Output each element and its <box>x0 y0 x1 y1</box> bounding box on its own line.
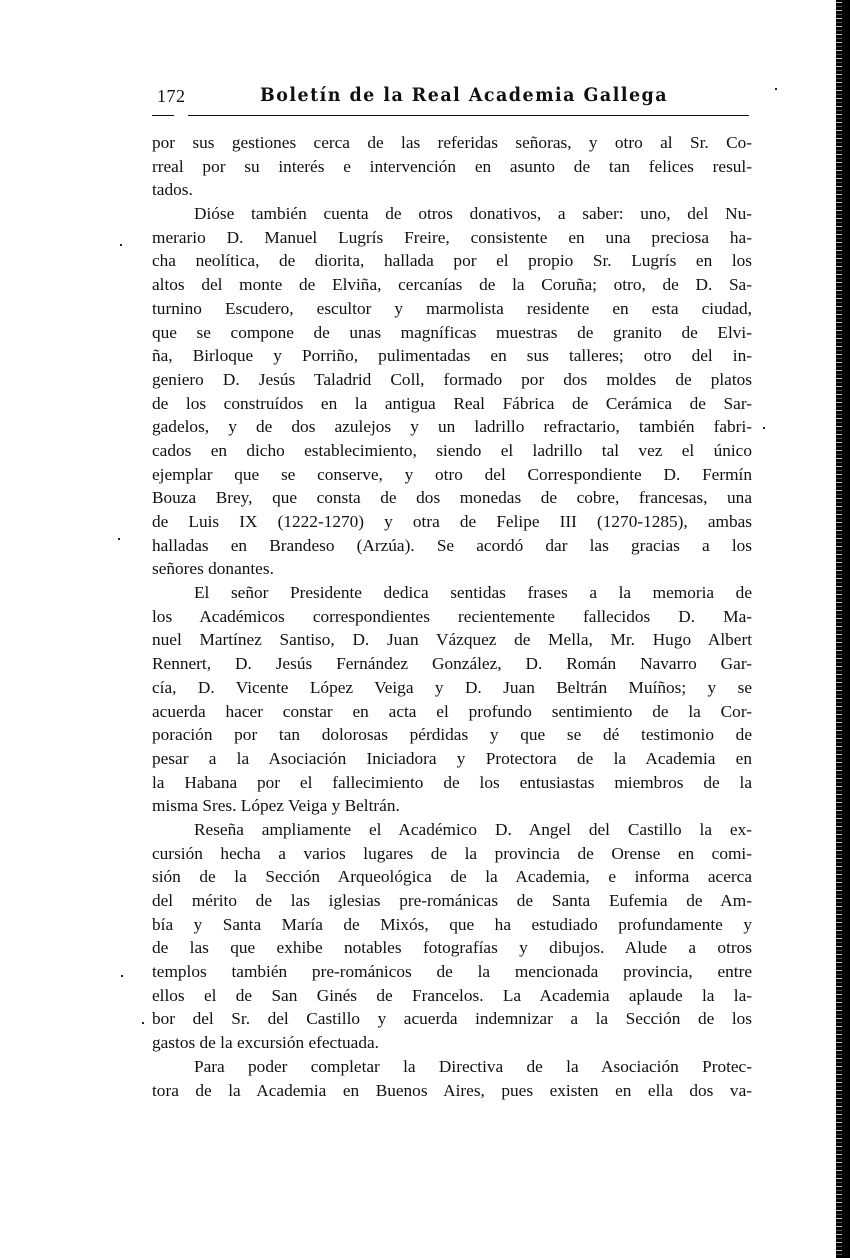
text-line: bor del Sr. del Castillo y acuerda indem… <box>152 1007 752 1031</box>
text-line: turnino Escudero, escultor y marmolista … <box>152 297 752 321</box>
page-header: 172 Boletín de la Real Academia Gallega <box>152 82 748 116</box>
page-number: 172 <box>157 86 186 107</box>
text-line: por sus gestiones cerca de las referidas… <box>152 131 752 155</box>
running-title: Boletín de la Real Academia Gallega <box>260 84 668 106</box>
text-line: Reseña ampliamente el Académico D. Angel… <box>152 818 752 842</box>
text-line: bía y Santa María de Mixós, que ha estud… <box>152 913 752 937</box>
text-line: del mérito de las iglesias pre-románicas… <box>152 889 752 913</box>
scan-edge-shadow <box>842 0 850 1258</box>
text-line: ejemplar que se conserve, y otro del Cor… <box>152 463 752 487</box>
text-line: gadelos, y de dos azulejos y un ladrillo… <box>152 415 752 439</box>
text-line: Para poder completar la Directiva de la … <box>152 1055 752 1079</box>
paragraph: Reseña ampliamente el Académico D. Angel… <box>152 818 752 1055</box>
scan-speck <box>121 975 123 977</box>
text-line: los Académicos correspondientes reciente… <box>152 605 752 629</box>
text-line: Bouza Brey, que consta de dos monedas de… <box>152 486 752 510</box>
text-line: merario D. Manuel Lugrís Freire, consist… <box>152 226 752 250</box>
text-line: geniero D. Jesús Taladrid Coll, formado … <box>152 368 752 392</box>
text-line: tora de la Academia en Buenos Aires, pue… <box>152 1079 752 1103</box>
scan-speck <box>775 88 777 90</box>
text-line: de las que exhibe notables fotografías y… <box>152 936 752 960</box>
scan-speck <box>142 1022 144 1024</box>
text-line: tados. <box>152 178 752 202</box>
text-line: nuel Martínez Santiso, D. Juan Vázquez d… <box>152 628 752 652</box>
scan-speck <box>763 427 765 429</box>
document-page: 172 Boletín de la Real Academia Gallega … <box>0 0 850 1258</box>
text-line: acuerda hacer constar en acta el profund… <box>152 700 752 724</box>
paragraph: Para poder completar la Directiva de la … <box>152 1055 752 1102</box>
text-line: de los construídos en la antigua Real Fá… <box>152 392 752 416</box>
body-text: por sus gestiones cerca de las referidas… <box>152 131 752 1102</box>
text-line: pesar a la Asociación Iniciadora y Prote… <box>152 747 752 771</box>
text-line: halladas en Brandeso (Arzúa). Se acordó … <box>152 534 752 558</box>
text-line: altos del monte de Elviña, cercanías de … <box>152 273 752 297</box>
text-line: Rennert, D. Jesús Fernández González, D.… <box>152 652 752 676</box>
text-line: templos también pre-románicos de la menc… <box>152 960 752 984</box>
scan-speck <box>118 538 120 540</box>
header-rule <box>152 115 749 116</box>
text-line: El señor Presidente dedica sentidas fras… <box>152 581 752 605</box>
text-line: Dióse también cuenta de otros donativos,… <box>152 202 752 226</box>
header-rule-gap <box>174 113 188 119</box>
paragraph: El señor Presidente dedica sentidas fras… <box>152 581 752 818</box>
text-line: ña, Birloque y Porriño, pulimentadas en … <box>152 344 752 368</box>
paragraph: Dióse también cuenta de otros donativos,… <box>152 202 752 581</box>
text-line: cursión hecha a varios lugares de la pro… <box>152 842 752 866</box>
text-line: cha neolítica, de diorita, hallada por e… <box>152 249 752 273</box>
paragraph: por sus gestiones cerca de las referidas… <box>152 131 752 202</box>
text-line: que se compone de unas magníficas muestr… <box>152 321 752 345</box>
text-line: señores donantes. <box>152 557 752 581</box>
text-line: ellos el de San Ginés de Francelos. La A… <box>152 984 752 1008</box>
text-line: gastos de la excursión efectuada. <box>152 1031 752 1055</box>
text-line: sión de la Sección Arqueológica de la Ac… <box>152 865 752 889</box>
text-line: cía, D. Vicente López Veiga y D. Juan Be… <box>152 676 752 700</box>
text-line: poración por tan dolorosas pérdidas y qu… <box>152 723 752 747</box>
text-line: cados en dicho establecimiento, siendo e… <box>152 439 752 463</box>
text-line: misma Sres. López Veiga y Beltrán. <box>152 794 752 818</box>
text-line: rreal por su interés e intervención en a… <box>152 155 752 179</box>
scan-speck <box>120 244 122 246</box>
text-line: de Luis IX (1222-1270) y otra de Felipe … <box>152 510 752 534</box>
text-line: la Habana por el fallecimiento de los en… <box>152 771 752 795</box>
